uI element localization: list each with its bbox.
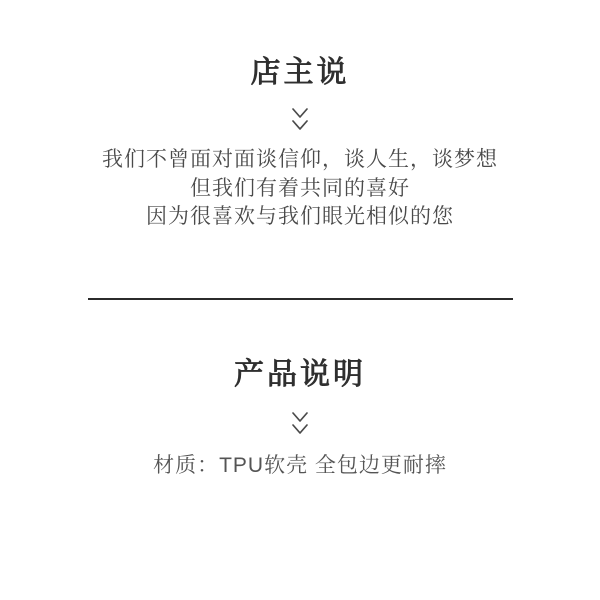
shop-owner-line: 但我们有着共同的喜好 — [0, 175, 600, 204]
shop-owner-section-title: 店主说 — [0, 54, 600, 92]
double-chevron-down-icon — [0, 410, 600, 438]
product-description-title: 产品说明 — [0, 356, 600, 394]
shop-owner-line: 因为很喜欢与我们眼光相似的您 — [0, 203, 600, 232]
section-divider — [88, 298, 513, 300]
shop-owner-text: 我们不曾面对面谈信仰，谈人生，谈梦想 但我们有着共同的喜好 因为很喜欢与我们眼光… — [0, 146, 600, 232]
product-description-section: 产品说明 材质：TPU软壳 全包边更耐摔 — [0, 356, 600, 480]
double-chevron-down-icon — [0, 106, 600, 134]
product-detail-page: 店主说 我们不曾面对面谈信仰，谈人生，谈梦想 但我们有着共同的喜好 因为很喜欢与… — [0, 0, 600, 600]
shop-owner-section: 店主说 我们不曾面对面谈信仰，谈人生，谈梦想 但我们有着共同的喜好 因为很喜欢与… — [0, 0, 600, 232]
material-spec-text: 材质：TPU软壳 全包边更耐摔 — [0, 452, 600, 480]
shop-owner-line: 我们不曾面对面谈信仰，谈人生，谈梦想 — [0, 146, 600, 175]
